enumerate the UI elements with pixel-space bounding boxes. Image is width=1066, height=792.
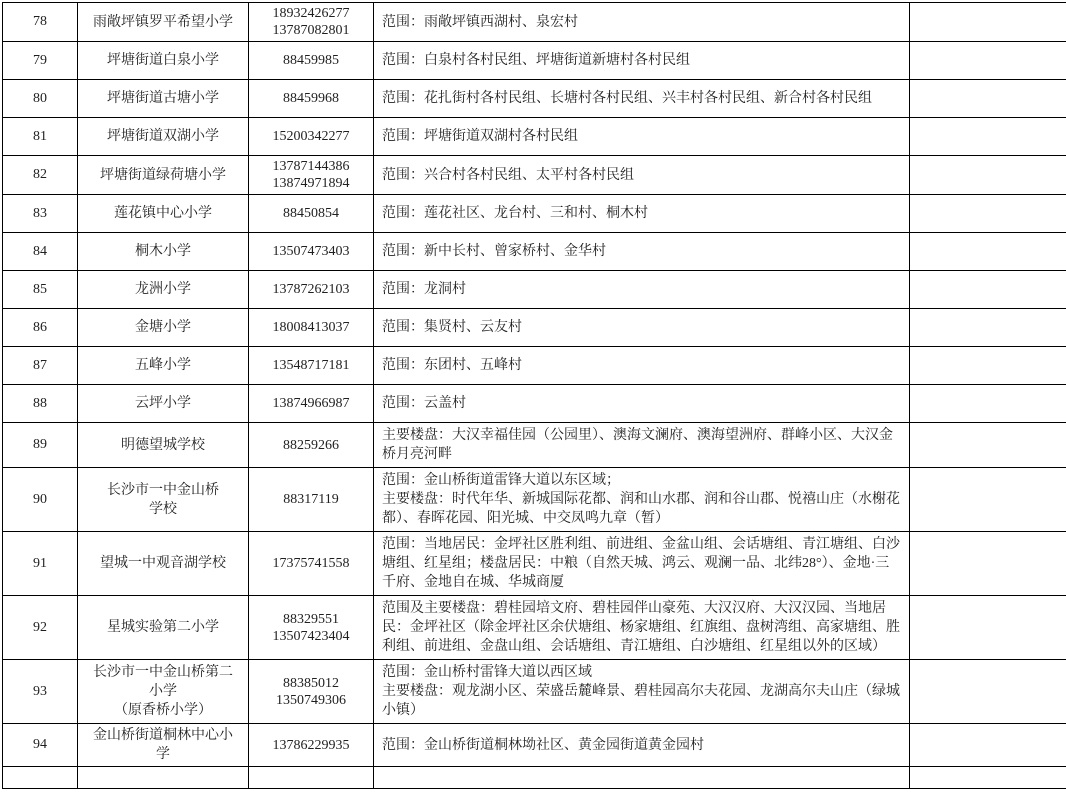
school-name-cell: 龙洲小学 [78,271,249,309]
phone-cell: 13786229935 [249,724,374,767]
admission-range-cell: 范围：金山桥街道桐林坳社区、黄金园街道黄金园村 [374,724,910,767]
row-number-cell: 78 [3,3,78,42]
table-row: 92 星城实验第二小学 88329551 13507423404 范围及主要楼盘… [3,596,1066,660]
table-row: 83 莲花镇中心小学 88450854 范围：莲花社区、龙台村、三和村、桐木村 [3,195,1066,233]
phone-cell: 18008413037 [249,309,374,347]
admission-range-cell: 范围：坪塘街道双湖村各村民组 [374,118,910,156]
school-name-cell: 坪塘街道双湖小学 [78,118,249,156]
row-number-cell: 85 [3,271,78,309]
admission-range-cell: 范围：莲花社区、龙台村、三和村、桐木村 [374,195,910,233]
admission-range-cell: 范围：东团村、五峰村 [374,347,910,385]
phone-cell: 13507473403 [249,233,374,271]
school-name-cell: 坪塘街道白泉小学 [78,42,249,80]
note-cell [910,271,1066,309]
table-row: 87 五峰小学 13548717181 范围：东团村、五峰村 [3,347,1066,385]
row-number-cell: 92 [3,596,78,660]
school-name-cell: 雨敞坪镇罗平希望小学 [78,3,249,42]
phone-cell: 88459968 [249,80,374,118]
table-row-partial [3,767,1066,789]
note-cell [910,80,1066,118]
school-name-cell: 莲花镇中心小学 [78,195,249,233]
admission-range-cell: 范围：当地居民：金坪社区胜利组、前进组、金盆山组、会话塘组、青江塘组、白沙塘组、… [374,532,910,596]
admission-range-cell: 主要楼盘：大汉幸福佳园（公园里）、澳海文澜府、澳海望洲府、群峰小区、大汉金桥月亮… [374,423,910,468]
phone-cell: 13787262103 [249,271,374,309]
admission-range-cell: 范围：兴合村各村民组、太平村各村民组 [374,156,910,195]
table-row: 93 长沙市一中金山桥第二 小学 （原香桥小学） 88385012 135074… [3,660,1066,724]
table-row: 86 金塘小学 18008413037 范围：集贤村、云友村 [3,309,1066,347]
table-row: 84 桐木小学 13507473403 范围：新中长村、曾家桥村、金华村 [3,233,1066,271]
school-name-cell: 金山桥街道桐林中心小 学 [78,724,249,767]
admission-range-cell: 范围：集贤村、云友村 [374,309,910,347]
note-cell [910,3,1066,42]
note-cell [910,309,1066,347]
phone-cell: 88450854 [249,195,374,233]
school-admission-table-body: 78 雨敞坪镇罗平希望小学 18932426277 13787082801 范围… [3,3,1066,789]
note-cell [910,596,1066,660]
admission-range-cell: 范围：金山桥街道雷锋大道以东区域； 主要楼盘：时代年华、新城国际花都、润和山水郡… [374,468,910,532]
document-page: 78 雨敞坪镇罗平希望小学 18932426277 13787082801 范围… [0,0,1066,792]
table-row: 91 望城一中观音湖学校 17375741558 范围：当地居民：金坪社区胜利组… [3,532,1066,596]
school-name-cell: 长沙市一中金山桥第二 小学 （原香桥小学） [78,660,249,724]
row-number-cell: 89 [3,423,78,468]
row-number-cell: 87 [3,347,78,385]
row-number-cell: 80 [3,80,78,118]
phone-cell: 13874966987 [249,385,374,423]
table-row: 80 坪塘街道古塘小学 88459968 范围：花扎街村各村民组、长塘村各村民组… [3,80,1066,118]
admission-range-cell [374,767,910,789]
table-row: 85 龙洲小学 13787262103 范围：龙洞村 [3,271,1066,309]
note-cell [910,347,1066,385]
table-row: 79 坪塘街道白泉小学 88459985 范围：白泉村各村民组、坪塘街道新塘村各… [3,42,1066,80]
note-cell [910,385,1066,423]
note-cell [910,660,1066,724]
phone-cell: 18932426277 13787082801 [249,3,374,42]
admission-range-cell: 范围：白泉村各村民组、坪塘街道新塘村各村民组 [374,42,910,80]
admission-range-cell: 范围：金山桥村雷锋大道以西区域 主要楼盘：观龙湖小区、荣盛岳麓峰景、碧桂园高尔夫… [374,660,910,724]
row-number-cell: 79 [3,42,78,80]
admission-range-cell: 范围：雨敞坪镇西湖村、泉宏村 [374,3,910,42]
row-number-cell: 81 [3,118,78,156]
table-row: 89 明德望城学校 88259266 主要楼盘：大汉幸福佳园（公园里）、澳海文澜… [3,423,1066,468]
phone-cell: 88459985 [249,42,374,80]
note-cell [910,767,1066,789]
admission-range-cell: 范围及主要楼盘：碧桂园培文府、碧桂园伴山豪苑、大汉汉府、大汉汉园、当地居民：金坪… [374,596,910,660]
phone-cell: 88317119 [249,468,374,532]
school-name-cell: 长沙市一中金山桥 学校 [78,468,249,532]
table-row: 94 金山桥街道桐林中心小 学 13786229935 范围：金山桥街道桐林坳社… [3,724,1066,767]
note-cell [910,118,1066,156]
phone-cell: 17375741558 [249,532,374,596]
table-row: 90 长沙市一中金山桥 学校 88317119 范围：金山桥街道雷锋大道以东区域… [3,468,1066,532]
note-cell [910,195,1066,233]
table-row: 82 坪塘街道绿荷塘小学 13787144386 13874971894 范围：… [3,156,1066,195]
phone-cell: 13548717181 [249,347,374,385]
school-name-cell: 明德望城学校 [78,423,249,468]
school-name-cell: 桐木小学 [78,233,249,271]
school-name-cell: 坪塘街道绿荷塘小学 [78,156,249,195]
school-name-cell: 坪塘街道古塘小学 [78,80,249,118]
school-name-cell: 金塘小学 [78,309,249,347]
row-number-cell: 83 [3,195,78,233]
row-number-cell [3,767,78,789]
school-name-cell: 星城实验第二小学 [78,596,249,660]
table-row: 88 云坪小学 13874966987 范围：云盖村 [3,385,1066,423]
note-cell [910,423,1066,468]
note-cell [910,468,1066,532]
phone-cell: 88329551 13507423404 [249,596,374,660]
row-number-cell: 86 [3,309,78,347]
phone-cell: 88259266 [249,423,374,468]
row-number-cell: 90 [3,468,78,532]
school-name-cell: 五峰小学 [78,347,249,385]
school-name-cell [78,767,249,789]
phone-cell: 88385012 1350749306 [249,660,374,724]
row-number-cell: 91 [3,532,78,596]
admission-range-cell: 范围：花扎街村各村民组、长塘村各村民组、兴丰村各村民组、新合村各村民组 [374,80,910,118]
row-number-cell: 88 [3,385,78,423]
admission-range-cell: 范围：龙洞村 [374,271,910,309]
note-cell [910,233,1066,271]
row-number-cell: 94 [3,724,78,767]
school-name-cell: 云坪小学 [78,385,249,423]
phone-cell: 13787144386 13874971894 [249,156,374,195]
table-row: 78 雨敞坪镇罗平希望小学 18932426277 13787082801 范围… [3,3,1066,42]
school-admission-table: 78 雨敞坪镇罗平希望小学 18932426277 13787082801 范围… [2,2,1066,789]
note-cell [910,532,1066,596]
admission-range-cell: 范围：新中长村、曾家桥村、金华村 [374,233,910,271]
school-name-cell: 望城一中观音湖学校 [78,532,249,596]
row-number-cell: 84 [3,233,78,271]
row-number-cell: 82 [3,156,78,195]
phone-cell: 15200342277 [249,118,374,156]
note-cell [910,724,1066,767]
row-number-cell: 93 [3,660,78,724]
table-row: 81 坪塘街道双湖小学 15200342277 范围：坪塘街道双湖村各村民组 [3,118,1066,156]
admission-range-cell: 范围：云盖村 [374,385,910,423]
phone-cell [249,767,374,789]
note-cell [910,156,1066,195]
note-cell [910,42,1066,80]
